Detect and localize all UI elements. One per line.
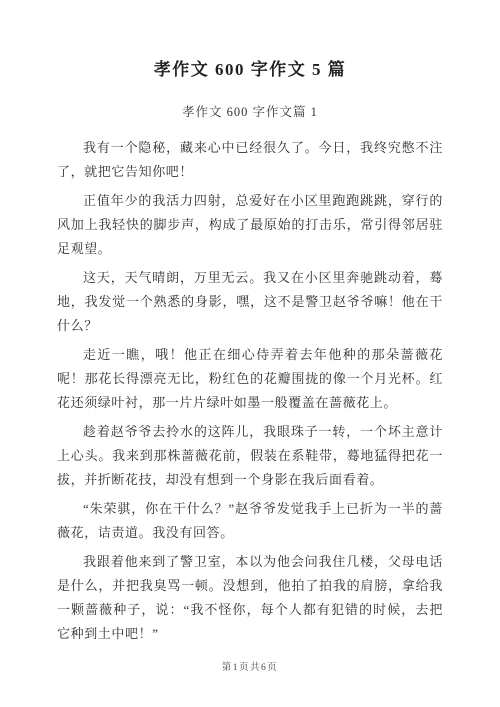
paragraph: “朱荣骐，你在干什么？”赵爷爷发觉我手上已折为一半的蔷薇花，诘责道。我没有回答。 (57, 497, 443, 545)
document-body: 我有一个隐秘，藏来心中已经很久了。今日，我终究憋不注了，就把它告知你吧！ 正值年… (57, 136, 443, 646)
paragraph: 我有一个隐秘，藏来心中已经很久了。今日，我终究憋不注了，就把它告知你吧！ (57, 136, 443, 184)
paragraph: 我跟着他来到了警卫室，本以为他会问我住几楼，父母电话是什么，并把我臭骂一顿。没想… (57, 550, 443, 646)
page-number-footer: 第1页共6页 (0, 659, 500, 673)
document-title: 孝作文 600 字作文 5 篇 (57, 56, 443, 84)
paragraph: 正值年少的我活力四射，总爱好在小区里跑跑跳跳，穿行的风加上我轻快的脚步声，构成了… (57, 189, 443, 261)
document-page: 孝作文 600 字作文 5 篇 孝作文 600 字作文篇 1 我有一个隐秘，藏来… (0, 0, 500, 707)
paragraph: 走近一瞧，哦！他正在细心侍弄着去年他种的那朵蔷薇花呢！那花长得漂亮无比，粉红色的… (57, 343, 443, 415)
section-subtitle: 孝作文 600 字作文篇 1 (57, 104, 443, 121)
paragraph: 这天，天气晴朗，万里无云。我又在小区里奔驰跳动着，蓦地，我发觉一个熟悉的身影，嘿… (57, 266, 443, 338)
paragraph: 趁着赵爷爷去拎水的这阵儿，我眼珠子一转，一个坏主意计上心头。我来到那株蔷薇花前，… (57, 420, 443, 492)
